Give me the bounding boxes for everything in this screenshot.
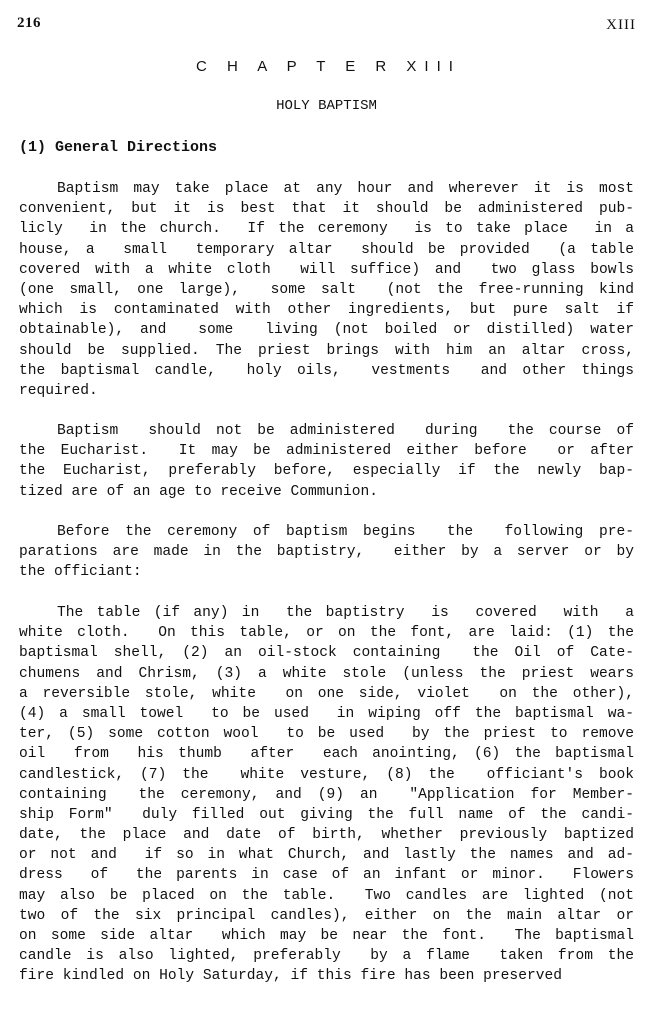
chapter-title: C H A P T E R XIII [0, 58, 653, 75]
text-line: or not and if so in what Church, and las… [19, 845, 634, 865]
paragraph-preparations-intro: Before the ceremony of baptism begins th… [19, 522, 634, 583]
text-line: (4) a small towel to be used in wiping o… [19, 704, 634, 724]
paragraph-eucharist-timing: Baptism should not be administered durin… [19, 421, 634, 502]
text-line: the baptismal candle, holy oils, vestmen… [19, 361, 634, 381]
text-line: fire kindled on Holy Saturday, if this f… [19, 966, 634, 986]
text-line: tized are of an age to receive Communion… [19, 482, 634, 502]
text-line: should be supplied. The priest brings wi… [19, 341, 634, 361]
text-line: the Eucharist. It may be administered ei… [19, 441, 634, 461]
text-line: The table (if any) in the baptistry is c… [19, 603, 634, 623]
section-title: HOLY BAPTISM [0, 98, 653, 114]
text-line: ter, (5) some cotton wool to be used by … [19, 724, 634, 744]
text-line: which is contaminated with other ingredi… [19, 300, 634, 320]
running-head: XIII [606, 17, 636, 34]
text-line: dress of the parents in case of an infan… [19, 865, 634, 885]
text-line: a reversible stole, white on one side, v… [19, 684, 634, 704]
text-line: date, the place and date of birth, wheth… [19, 825, 634, 845]
text-line: licly in the church. If the ceremony is … [19, 219, 634, 239]
text-line: parations are made in the baptistry, eit… [19, 542, 634, 562]
text-line: Baptism may take place at any hour and w… [19, 179, 634, 199]
text-line: chumens and Chrism, (3) a white stole (u… [19, 664, 634, 684]
text-line: obtainable), and some living (not boiled… [19, 320, 634, 340]
text-line: ship Form" duly filled out giving the fu… [19, 805, 634, 825]
text-line: candlestick, (7) the white vesture, (8) … [19, 765, 634, 785]
text-line: (one small, one large), some salt (not t… [19, 280, 634, 300]
subsection-heading: (1) General Directions [19, 139, 217, 156]
text-line: containing the ceremony, and (9) an "App… [19, 785, 634, 805]
text-line: white cloth. On this table, or on the fo… [19, 623, 634, 643]
text-line: the officiant: [19, 562, 634, 582]
text-line: Before the ceremony of baptism begins th… [19, 522, 634, 542]
paragraph-general-directions: Baptism may take place at any hour and w… [19, 179, 634, 401]
text-line: two of the six principal candles), eithe… [19, 906, 634, 926]
text-line: Baptism should not be administered durin… [19, 421, 634, 441]
text-line: baptismal shell, (2) an oil-stock contai… [19, 643, 634, 663]
text-line: the Eucharist, preferably before, especi… [19, 461, 634, 481]
text-line: candle is also lighted, preferably by a … [19, 946, 634, 966]
document-page: 216 XIII C H A P T E R XIII HOLY BAPTISM… [0, 0, 653, 1009]
text-line: house, a small temporary altar should be… [19, 240, 634, 260]
text-line: covered with a white cloth will suffice)… [19, 260, 634, 280]
page-number: 216 [17, 15, 41, 32]
text-line: oil from his thumb after each anointing,… [19, 744, 634, 764]
text-line: on some side altar which may be near the… [19, 926, 634, 946]
text-line: convenient, but it is best that it shoul… [19, 199, 634, 219]
paragraph-table-items: The table (if any) in the baptistry is c… [19, 603, 634, 987]
text-line: required. [19, 381, 634, 401]
text-line: may also be placed on the table. Two can… [19, 886, 634, 906]
